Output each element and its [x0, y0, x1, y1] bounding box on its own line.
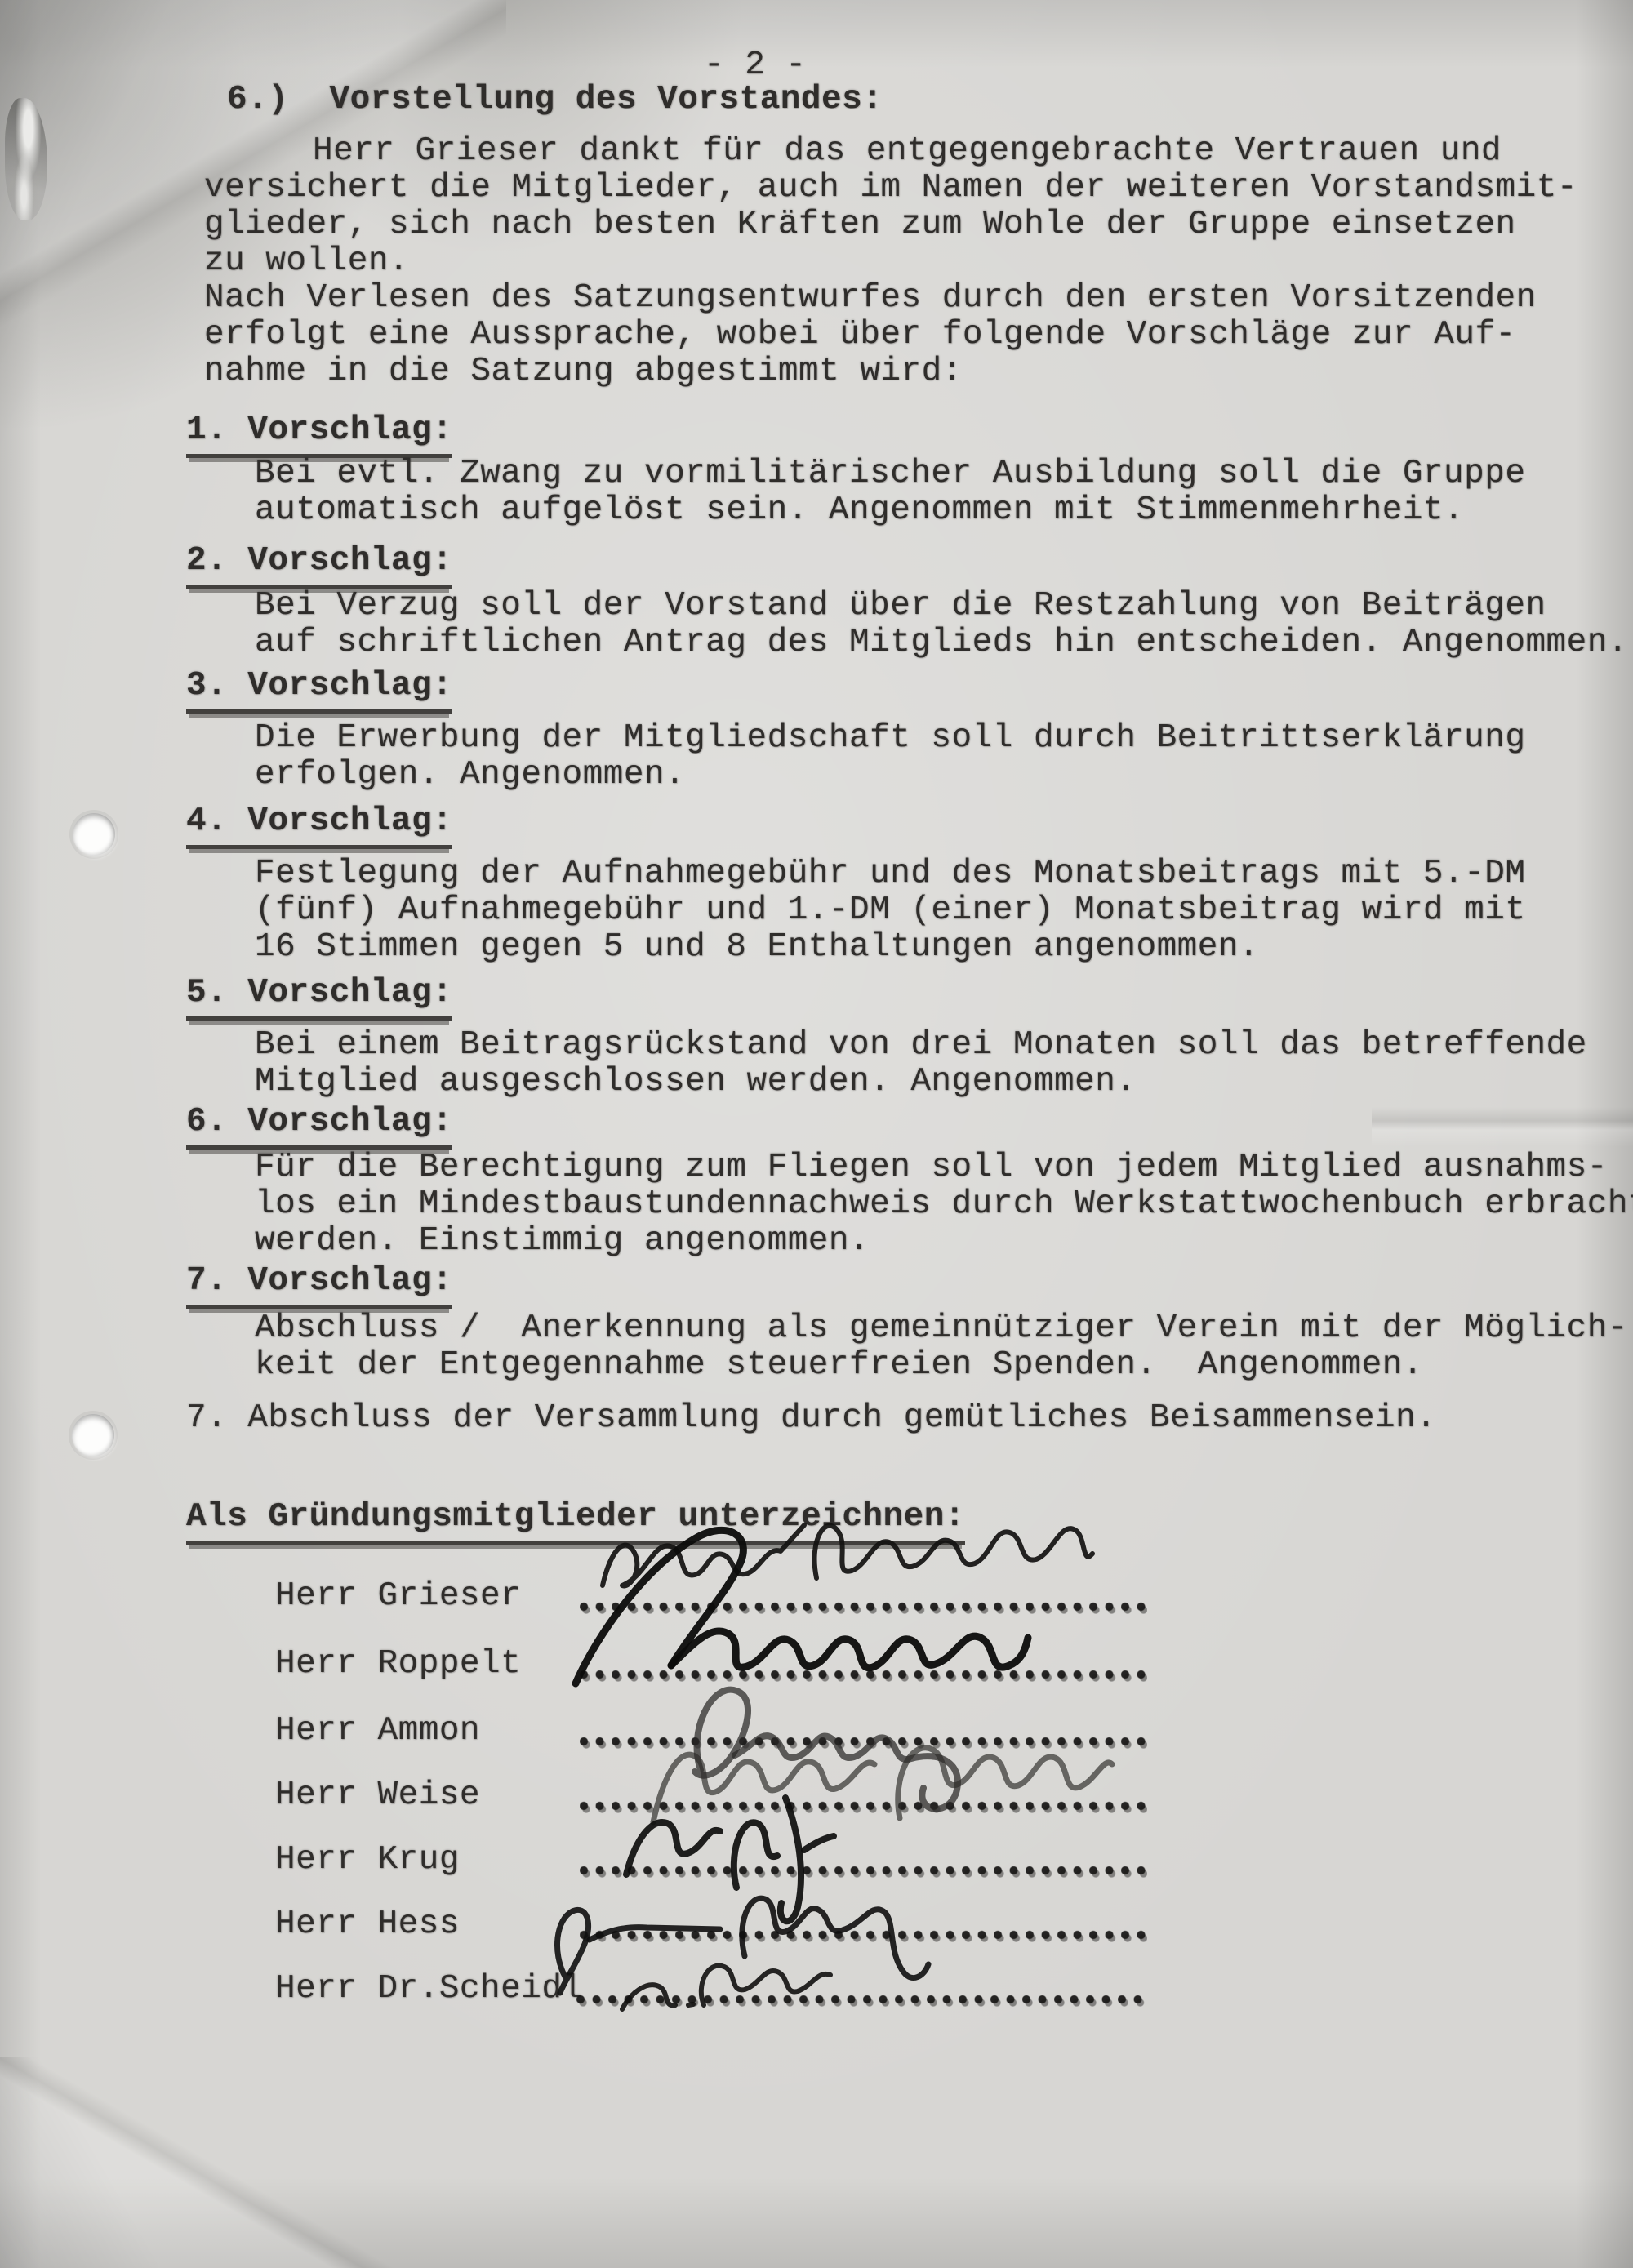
- signature-hess-ink: [557, 1898, 928, 1993]
- signature-weise-ink: [653, 1748, 1112, 1822]
- handwritten-signatures-layer: [0, 0, 1633, 2268]
- scanned-document-page: - 2 - 6.) Vorstellung des Vorstandes: He…: [0, 0, 1633, 2268]
- signature-scheidl-ink: [622, 1966, 830, 2009]
